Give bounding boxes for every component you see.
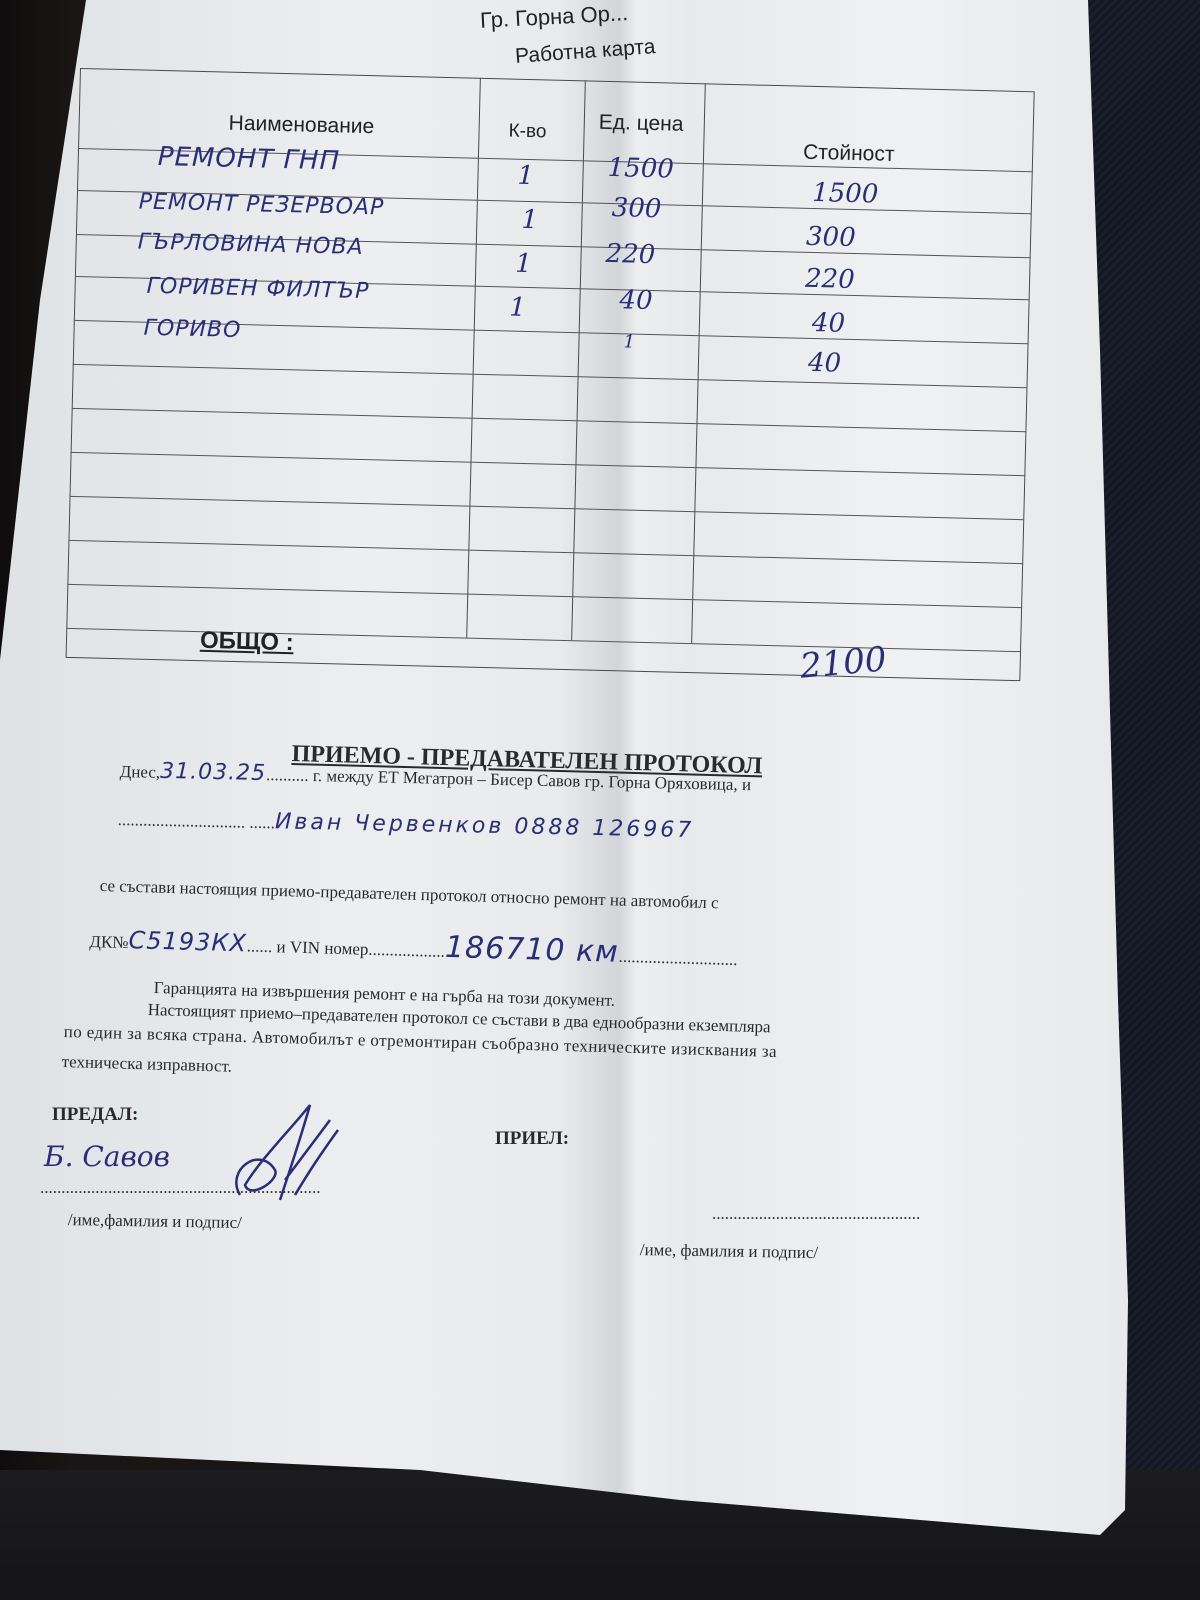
column-header-name: Наименование xyxy=(228,112,374,140)
item-unit-price: 1 xyxy=(623,331,635,352)
vin-value: 186710 км xyxy=(445,930,620,970)
work-card-document: Гр. Горна Ор... Работна карта Наименован… xyxy=(0,0,1200,1600)
plate-prefix: ДК№ xyxy=(89,932,129,952)
date-value: 31.03.25 xyxy=(160,759,266,786)
item-name: ГОРИВО xyxy=(143,316,241,343)
item-unit-price: 1500 xyxy=(607,153,674,185)
protocol-intro-line: се състави настоящия приемо-предавателен… xyxy=(99,876,718,913)
dotted-fill: .................. xyxy=(368,940,445,961)
header-city: Гр. Горна Ор... xyxy=(479,0,628,34)
handed-over-name: Б. Савов xyxy=(44,1140,170,1173)
dotted-fill: ...... xyxy=(247,936,273,956)
plate-value: C5193КХ xyxy=(128,926,247,957)
dotted-fill: ...... xyxy=(249,813,275,833)
column-header-unit-price: Ед. цена xyxy=(599,111,684,137)
item-qty: 1 xyxy=(521,205,538,235)
signature-caption-right: /име, фамилия и подпис/ xyxy=(640,1240,819,1263)
vin-prefix: и VIN номер xyxy=(276,937,368,959)
column-header-value: Стойност xyxy=(803,141,895,167)
received-label: ПРИЕЛ: xyxy=(495,1128,569,1150)
copies-paragraph-line3: техническа изправност. xyxy=(61,1052,232,1077)
total-label: ОБЩО : xyxy=(200,627,294,657)
dotted-fill: ............................ xyxy=(618,947,737,969)
item-qty: 1 xyxy=(517,161,534,191)
dotted-fill: .......... xyxy=(266,765,309,785)
item-value: 40 xyxy=(812,308,846,339)
work-items-table: Наименование К-во Ед. цена Стойност РЕМО… xyxy=(65,68,1039,686)
item-qty: 1 xyxy=(515,249,532,279)
signature-dotted-line-right: ........................................… xyxy=(712,1204,920,1224)
item-value: 1500 xyxy=(812,178,879,210)
item-unit-price: 300 xyxy=(611,193,661,224)
item-value: 300 xyxy=(806,222,856,253)
item-value: 220 xyxy=(805,264,855,295)
item-name: РЕМОНТ ГНП xyxy=(157,142,340,176)
document-title: Работна карта xyxy=(514,35,656,69)
handed-over-label: ПРЕДАЛ: xyxy=(52,1104,138,1126)
dotted-fill: .............................. xyxy=(118,810,246,832)
item-qty: 1 xyxy=(509,293,526,323)
vehicle-line: ДК№C5193КХ...... и VIN номер............… xyxy=(89,920,738,973)
item-unit-price: 40 xyxy=(619,285,653,316)
signature-caption-left: /име,фамилия и подпис/ xyxy=(68,1210,242,1233)
parties-text: г. между ЕТ Мегатрон – Бисер Савов гр. Г… xyxy=(313,766,752,794)
client-value: Иван Червенков 0888 126967 xyxy=(275,809,695,843)
signature-dotted-line: ........................................… xyxy=(40,1178,321,1198)
client-line: .............................. ......Ива… xyxy=(117,806,694,843)
date-prefix: Днес, xyxy=(120,762,161,782)
item-value: 40 xyxy=(808,348,842,379)
total-value: 2100 xyxy=(798,639,888,686)
column-header-qty: К-во xyxy=(508,120,546,143)
item-unit-price: 220 xyxy=(605,239,655,270)
